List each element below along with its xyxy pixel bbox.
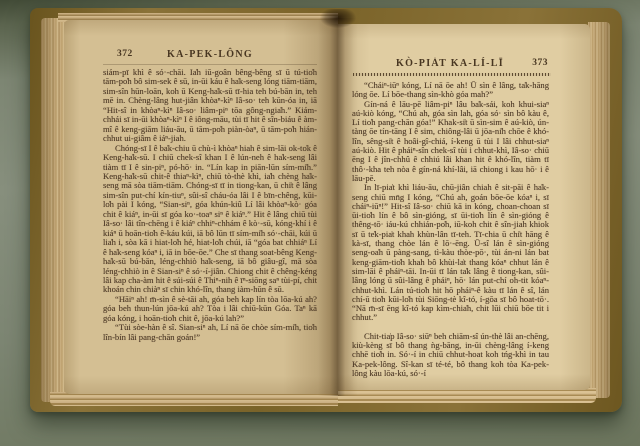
page-edges-bottom-left <box>50 392 338 406</box>
paragraph: “Cháiⁿ-iūⁿ kóng, Lí nā ōe ah! Ū sìn ê lâ… <box>352 81 549 100</box>
left-text-block: siám-pī khì ê só·-chāi. Ia̍h iū-goân bên… <box>103 68 317 390</box>
right-text-block: “Cháiⁿ-iūⁿ kóng, Lí nā ōe ah! Ū sìn ê lâ… <box>352 81 549 387</box>
paragraph: Chit-tia̍p Iâ-so· siūⁿ beh chiām-sî ún-t… <box>352 332 549 378</box>
right-page-header: KÒ-PIA̍T KA-LÍ-LĪ 373 <box>352 58 548 71</box>
right-page-number: 373 <box>532 58 548 68</box>
left-running-title: KA-PEK-LÔNG <box>103 49 317 60</box>
left-header-rule <box>103 64 317 65</box>
paragraph: “Tùi sòe-hàn ê sî. Sian-siⁿ ah, Lí nā ōe… <box>103 323 317 342</box>
paragraph: In lī-pia̍t khì liáu-āu, chū-jiân chiah … <box>352 183 549 322</box>
left-page: 372 KA-PEK-LÔNG siám-pī khì ê só·-chāi. … <box>64 20 338 394</box>
paragraph: Chóng-sī I ê ba̍k-chiu ū chù-ì khòaⁿ hia… <box>103 144 317 295</box>
right-running-title: KÒ-PIA̍T KA-LÍ-LĪ <box>352 58 548 69</box>
left-page-header: 372 KA-PEK-LÔNG <box>103 49 317 62</box>
paragraph: siám-pī khì ê só·-chāi. Ia̍h iū-goân bên… <box>103 68 317 144</box>
paragraph: “Hāiⁿ ah! m̄-sìn ê sè-tāi ah, góa beh ka… <box>103 295 317 323</box>
right-header-rule <box>353 73 551 76</box>
page-edges-bottom-right <box>338 388 596 403</box>
photo-background: 372 KA-PEK-LÔNG siám-pī khì ê só·-chāi. … <box>0 0 640 446</box>
page-edges-right <box>588 22 610 398</box>
right-page: KÒ-PIA̍T KA-LÍ-LĪ 373 “Cháiⁿ-iūⁿ kóng, L… <box>338 24 590 390</box>
paragraph: Gín-ná ê lāu-pē liâm-piⁿ lâu ba̍k-sái, k… <box>352 100 549 184</box>
